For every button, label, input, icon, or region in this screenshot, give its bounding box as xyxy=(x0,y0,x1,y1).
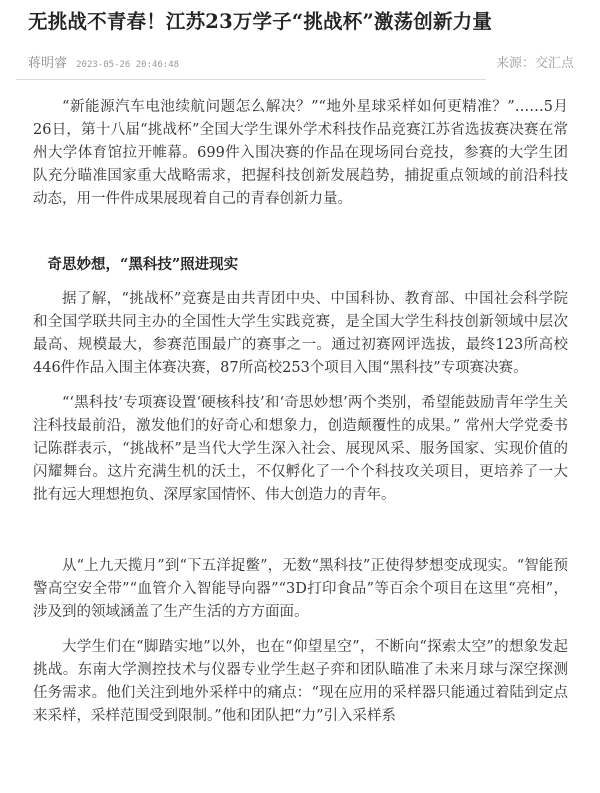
author-name: 蒋明睿 xyxy=(28,56,67,71)
divider xyxy=(16,79,486,80)
article-body: “新能源汽车电池续航问题怎么解决？”“地外星球采样如何更精准？”……5月26日，… xyxy=(33,96,568,728)
article-meta: 蒋明睿 2023-05-26 20:46:48 来源：交汇点 xyxy=(28,52,574,70)
paragraph: 从“上九天揽月”到“下五洋捉鳖”，无数“黑科技”正使得梦想变成现实。“智能预警高… xyxy=(33,555,568,624)
article-title: 无挑战不青春！江苏23万学子“挑战杯”激荡创新力量 xyxy=(28,6,588,34)
paragraph: 大学生们在“脚踏实地”以外，也在“仰望星空”，不断向“探索太空”的想象发起挑战。… xyxy=(33,636,568,728)
paragraph: “‘黑科技’专项赛设置‘硬核科技’和‘奇思妙想’两个类别，希望能鼓励青年学生关注… xyxy=(33,392,568,507)
paragraph: 据了解，“挑战杯”竞赛是由共青团中央、中国科协、教育部、中国社会科学院和全国学联… xyxy=(33,288,568,380)
paragraph: “新能源汽车电池续航问题怎么解决？”“地外星球采样如何更精准？”……5月26日，… xyxy=(33,96,568,211)
article-source: 来源：交汇点 xyxy=(496,52,574,71)
publish-datetime: 2023-05-26 20:46:48 xyxy=(76,60,179,70)
section-subheading: 奇思妙想，“黑科技”照进现实 xyxy=(33,253,568,276)
